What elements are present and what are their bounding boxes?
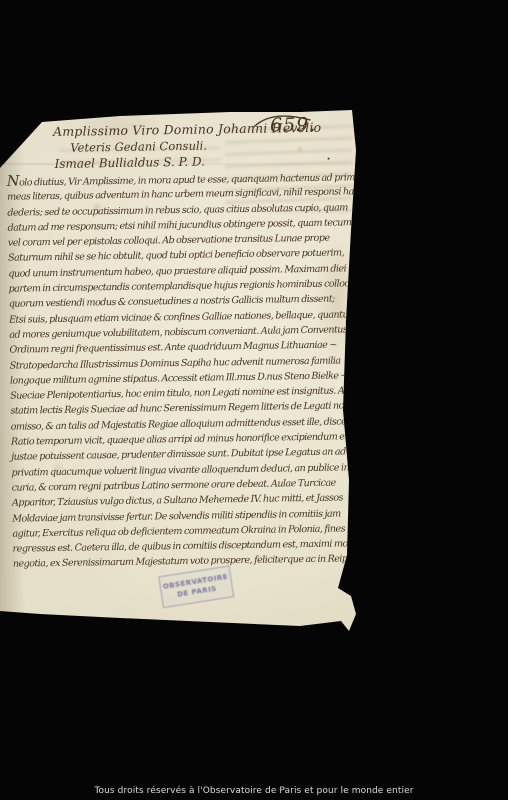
- ink-dot: [328, 158, 330, 160]
- address-line-title: Veteris Gedani Consuli.: [70, 139, 207, 155]
- letter-body: Nolo diutius, Vir Amplissime, in mora ap…: [7, 169, 353, 572]
- manuscript-paper: Amplissimo Viro Domino Johanni Hevelio V…: [0, 0, 508, 800]
- copyright-caption: Tous droits réservés à l'Observatoire de…: [0, 786, 508, 796]
- observatoire-stamp: OBSERVATOIRE DE PARIS: [158, 565, 234, 608]
- archive-number: 659.: [270, 114, 317, 137]
- photo-stage: Amplissimo Viro Domino Johanni Hevelio V…: [0, 0, 508, 800]
- manuscript-content: Amplissimo Viro Domino Johanni Hevelio V…: [0, 0, 508, 800]
- address-line-sender: Ismael Bullialdus S. P. D.: [54, 155, 205, 171]
